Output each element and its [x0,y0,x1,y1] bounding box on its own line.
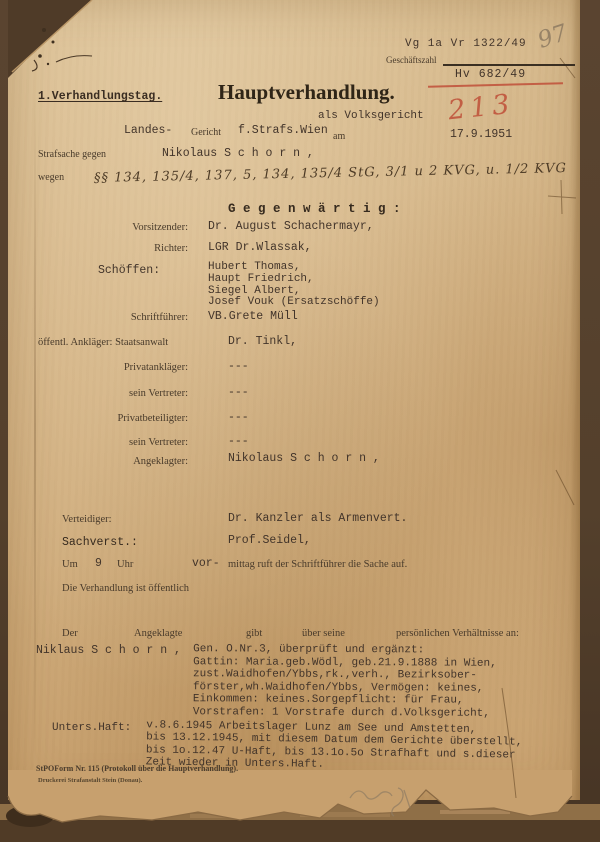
strafsache-label: Strafsache gegen [38,149,106,160]
personal-name: Niklaus S c h o r n , [36,644,181,657]
vor-typed: vor- [192,557,220,570]
wegen-label: wegen [38,172,64,183]
hearing-day-label: 1.Verhandlungstag. [38,90,162,103]
form-reference: StPOForm Nr. 115 (Protokoll über die Hau… [36,764,238,773]
row-label-richter: Richter: [36,243,188,254]
row-value-oeffentl-anklaeger: Dr. Tinkl, [228,335,297,348]
printer-note: Druckerei Strafanstalt Stein (Donau). [38,777,142,784]
als-volksgericht: als Volksgericht [318,110,424,122]
intro-word-verhaeltnisse: persönlichen Verhältnisse an: [396,628,519,639]
court-landes: Landes- [124,124,172,137]
case-number-bottom: Hv 682/49 [455,68,526,81]
public-hearing-note: Die Verhandlung ist öffentlich [62,583,189,594]
hour-value: 9 [95,557,102,570]
intro-word-gibt: gibt [246,628,262,639]
personal-details-block: Gen. O.Nr.3, überprüft und ergänzt: Gatt… [193,643,497,720]
row-label-sein-vertreter-2: sein Vertreter: [36,437,188,448]
page-title: Hauptverhandlung. [218,80,395,105]
custody-label: Unters.Haft: [52,722,131,734]
row-value-richter: LGR Dr.Wlassak, [208,241,312,254]
intro-word-der: Der [62,628,78,639]
intro-word-ueber-seine: über seine [302,628,345,639]
row-value-verteidiger: Dr. Kanzler als Armenvert. [228,512,407,525]
am-label: am [333,131,345,142]
geschaeftszahl-label: Geschäftszahl [386,55,436,65]
row-value-privatbeteiligter: --- [228,411,249,424]
row-value-sachverstaendiger: Prof.Seidel, [228,534,311,547]
court-gericht-label: Gericht [191,127,221,138]
pencil-scribble [350,788,410,816]
row-label-verteidiger: Verteidiger: [62,514,112,525]
row-value-schriftfuehrer: VB.Grete Müll [208,310,298,323]
row-value-schoeffen: Hubert Thomas, Haupt Friedrich, Siegel A… [208,262,380,309]
row-value-sein-vertreter-2: --- [228,435,249,448]
row-label-vorsitzender: Vorsitzender: [36,222,188,233]
row-label-sein-vertreter-1: sein Vertreter: [36,388,188,399]
intro-word-angeklagte: Angeklagte [134,628,182,639]
um-label: Um [62,559,78,570]
hearing-date: 17.9.1951 [450,128,512,141]
row-label-privatanklaeger: Privatankläger: [36,362,188,373]
court-typed: f.Strafs.Wien [238,124,328,137]
call-of-case-text: mittag ruft der Schriftführer die Sache … [228,559,407,570]
row-value-angeklagter: Nikolaus S c h o r n , [228,452,380,465]
row-value-privatanklaeger: --- [228,360,249,373]
scratch-mark [56,56,92,62]
row-value-sein-vertreter-1: --- [228,386,249,399]
row-value-vorsitzender: Dr. August Schachermayr, [208,220,374,233]
uhr-label: Uhr [117,559,133,570]
row-label-schriftfuehrer: Schriftführer: [36,312,188,323]
row-label-angeklagter: Angeklagter: [36,456,188,467]
row-label-privatbeteiligter: Privatbeteiligter: [36,413,188,424]
ink-curl [32,60,37,71]
defendant-name: Nikolaus S c h o r n , [162,147,314,160]
gegenwaertig-heading: G e g e n w ä r t i g : [228,202,401,216]
geschaeftszahl-underline [443,64,575,66]
row-label-sachverstaendiger: Sachverst.: [62,536,138,549]
case-number-top: Vg 1a Vr 1322/49 [405,38,527,50]
row-label-schoeffen: Schöffen: [98,264,160,277]
row-label-oeffentl-anklaeger: öffentl. Ankläger: Staatsanwalt [38,337,168,348]
